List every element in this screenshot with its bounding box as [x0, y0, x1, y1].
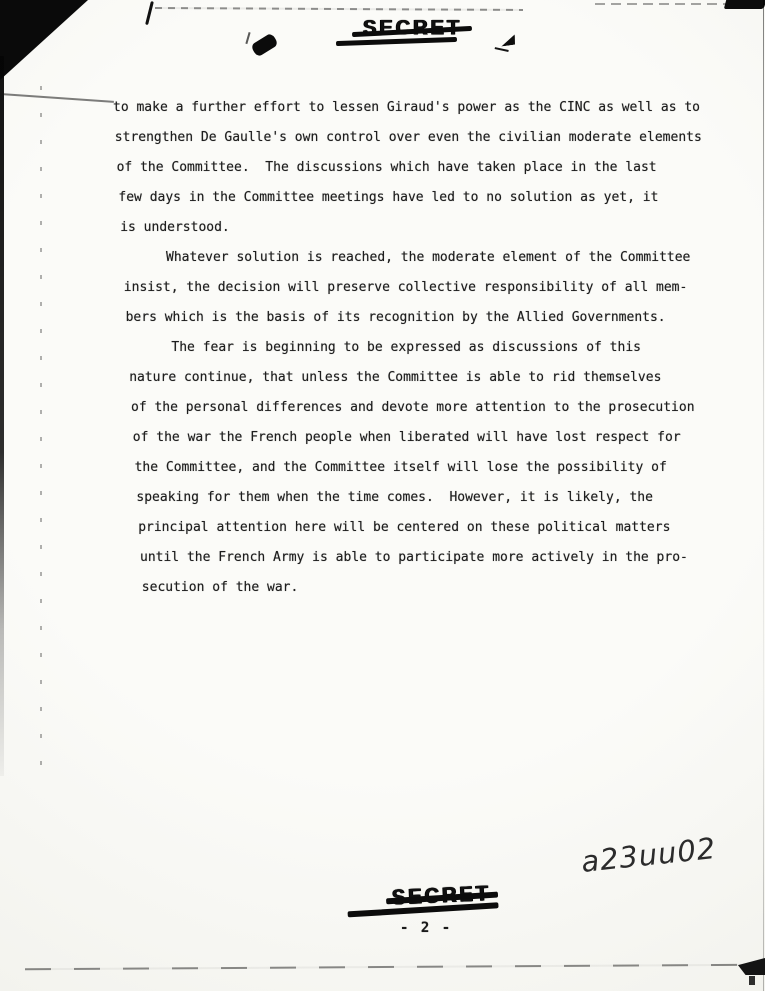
typewritten-line: is understood.	[120, 213, 702, 243]
typewritten-line: until the French Army is able to partici…	[140, 543, 702, 573]
scan-bottom-right-artifact	[738, 958, 765, 975]
typewritten-line: insist, the decision will preserve colle…	[124, 273, 702, 303]
arrow-pen-mark	[492, 33, 518, 54]
handwritten-annotation: a23uu02	[580, 831, 718, 879]
typewritten-line: to make a further effort to lessen Girau…	[113, 93, 702, 123]
typewritten-line: of the Committee. The discussions which …	[117, 153, 702, 183]
typewritten-line: the Committee, and the Committee itself …	[135, 453, 702, 483]
scan-scratch-mark	[2, 93, 114, 102]
arrow-tail	[495, 47, 509, 51]
typewritten-line: principal attention here will be centere…	[138, 513, 702, 543]
typewritten-line: strengthen De Gaulle's own control over …	[115, 123, 702, 153]
typewritten-line: of the war the French people when libera…	[133, 423, 702, 453]
pen-slash-mark	[145, 1, 153, 25]
secret-stamp-top: SECRET	[363, 17, 462, 40]
stamp-strikethrough-line	[336, 37, 457, 46]
scan-right-edge-line	[763, 0, 765, 991]
typewritten-line: Whatever solution is reached, the modera…	[122, 243, 702, 273]
scan-crease-line	[40, 86, 42, 774]
typewritten-line: few days in the Committee meetings have …	[118, 183, 701, 213]
scan-bottom-tiny-mark	[749, 976, 755, 985]
page-number: - 2 -	[400, 920, 452, 936]
typewritten-line: bers which is the basis of its recogniti…	[126, 303, 702, 333]
scan-top-right-artifact	[724, 0, 765, 9]
typewritten-line: of the personal differences and devote m…	[131, 393, 702, 423]
typewritten-line: secution of the war.	[142, 573, 702, 603]
scan-bottom-edge-line	[25, 964, 757, 970]
scan-top-dotted-line	[155, 7, 523, 11]
scan-corner-artifact	[0, 0, 88, 80]
document-body: to make a further effort to lessen Girau…	[113, 93, 702, 603]
secret-stamp-bottom: SECRET	[392, 883, 492, 910]
typewritten-line: The fear is beginning to be expressed as…	[127, 333, 701, 363]
scanned-document-page: SECRET to make a further effort to lesse…	[0, 0, 765, 991]
typewritten-line: speaking for them when the time comes. H…	[136, 483, 701, 513]
pen-slash-small-mark	[245, 32, 250, 44]
scan-left-edge-artifact	[0, 56, 4, 776]
pen-blob-mark	[250, 32, 279, 57]
typewritten-line: nature continue, that unless the Committ…	[129, 363, 702, 393]
arrow-head	[500, 34, 516, 47]
